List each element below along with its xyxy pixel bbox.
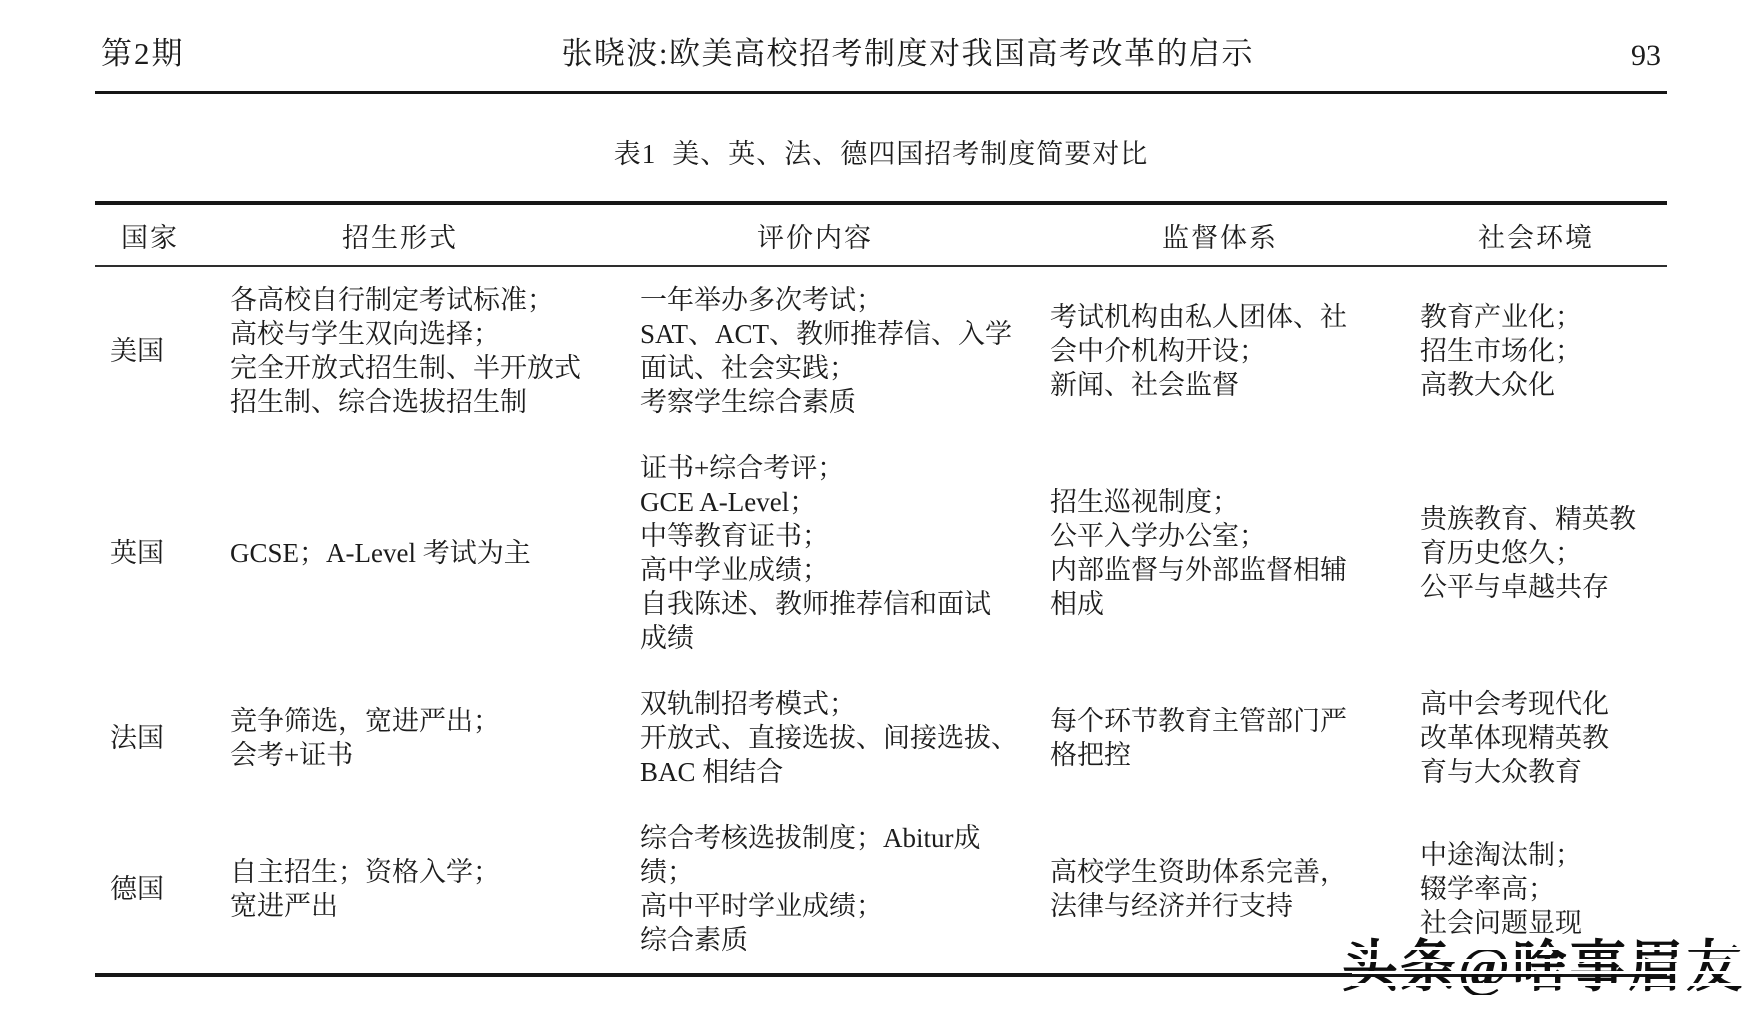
- issue-label: 第2期: [101, 28, 185, 73]
- cell-germany-country: 德国: [95, 805, 205, 975]
- table-row: 国家 招生形式 评价内容 监督体系 社会环境: [95, 203, 1667, 266]
- page-number: 93: [1631, 39, 1661, 73]
- table-row-uk: 英国 GCSE；A-Level 考试为主 证书+综合考评； GCE A-Leve…: [95, 435, 1667, 671]
- cell-uk-evaluation: 证书+综合考评； GCE A-Level； 中等教育证书； 高中学业成绩； 自我…: [595, 435, 1035, 671]
- cell-uk-supervision: 招生巡视制度； 公平入学办公室； 内部监督与外部监督相辅 相成: [1035, 435, 1405, 671]
- cell-usa-environment: 教育产业化； 招生市场化； 高教大众化: [1405, 266, 1667, 435]
- header-cell-supervision: 监督体系: [1035, 203, 1405, 266]
- header-cell-evaluation: 评价内容: [595, 203, 1035, 266]
- header-cell-admission: 招生形式: [205, 203, 595, 266]
- table-caption: 表1美、英、法、德四国招考制度简要对比: [95, 132, 1667, 171]
- header-cell-environment: 社会环境: [1405, 203, 1667, 266]
- cell-usa-evaluation: 一年举办多次考试； SAT、ACT、教师推荐信、入学 面试、社会实践； 考察学生…: [595, 266, 1035, 435]
- cell-usa-admission: 各高校自行制定考试标准； 高校与学生双向选择； 完全开放式招生制、半开放式 招生…: [205, 266, 595, 435]
- header-cell-country: 国家: [95, 203, 205, 266]
- cell-uk-admission: GCSE；A-Level 考试为主: [205, 435, 595, 671]
- table-caption-text: 美、英、法、德四国招考制度简要对比: [672, 139, 1148, 169]
- table-row-france: 法国 竞争筛选，宽进严出； 会考+证书 双轨制招考模式； 开放式、直接选拔、间接…: [95, 671, 1667, 805]
- table-row-usa: 美国 各高校自行制定考试标准； 高校与学生双向选择； 完全开放式招生制、半开放式…: [95, 266, 1667, 435]
- table-caption-label: 表1: [614, 139, 657, 169]
- cell-germany-evaluation: 综合考核选拔制度；Abitur成 绩； 高中平时学业成绩； 综合素质: [595, 805, 1035, 975]
- table-header-row: 国家 招生形式 评价内容 监督体系 社会环境: [95, 203, 1667, 266]
- cell-germany-admission: 自主招生；资格入学； 宽进严出: [205, 805, 595, 975]
- cell-france-evaluation: 双轨制招考模式； 开放式、直接选拔、间接选拔、 BAC 相结合: [595, 671, 1035, 805]
- cell-france-admission: 竞争筛选，宽进严出； 会考+证书: [205, 671, 595, 805]
- page-content: 第2期 张晓波:欧美高校招考制度对我国高考改革的启示 93 表1美、英、法、德四…: [0, 0, 1752, 977]
- comparison-table: 国家 招生形式 评价内容 监督体系 社会环境 美国 各高校自行制定考试标准； 高…: [95, 201, 1667, 977]
- page-header: 第2期 张晓波:欧美高校招考制度对我国高考改革的启示 93: [95, 0, 1667, 94]
- cell-france-environment: 高中会考现代化 改革体现精英教 育与大众教育: [1405, 671, 1667, 805]
- cell-usa-supervision: 考试机构由私人团体、社 会中介机构开设； 新闻、社会监督: [1035, 266, 1405, 435]
- cell-usa-country: 美国: [95, 266, 205, 435]
- cell-uk-environment: 贵族教育、精英教 育历史悠久； 公平与卓越共存: [1405, 435, 1667, 671]
- running-title: 张晓波:欧美高校招考制度对我国高考改革的启示: [561, 28, 1254, 73]
- toutiao-watermark: 头条@啥事眉友: [1342, 938, 1744, 1000]
- cell-uk-country: 英国: [95, 435, 205, 671]
- cell-france-country: 法国: [95, 671, 205, 805]
- cell-france-supervision: 每个环节教育主管部门严 格把控: [1035, 671, 1405, 805]
